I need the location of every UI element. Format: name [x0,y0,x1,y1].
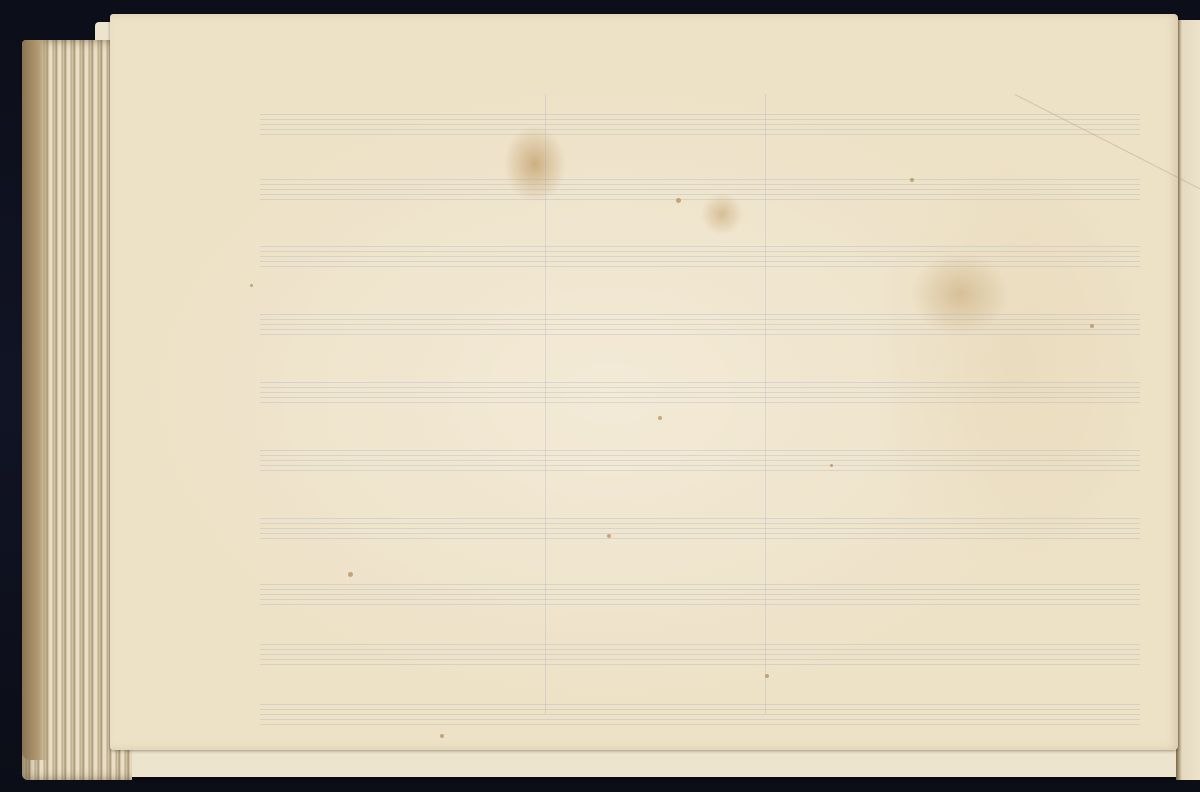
foxing-spot [1090,324,1094,328]
foxing-spot [676,198,681,203]
facing-page-edge [1176,20,1200,780]
music-staff [260,644,1140,666]
foxing-spot [348,572,353,577]
music-staff [260,450,1140,472]
music-staff [260,114,1140,136]
manuscript-page [110,14,1178,750]
book-edge-shadow [22,40,50,760]
music-staff [260,518,1140,540]
music-staff [260,584,1140,606]
music-staff [260,179,1140,201]
foxing-spot [607,534,611,538]
foxing-spot [830,464,833,467]
music-staff [260,246,1140,268]
bar-line [545,94,546,714]
foxing-spot [765,674,769,678]
foxing-spot [250,284,253,287]
foxing-spot [440,734,444,738]
music-staff [260,314,1140,336]
foxing-spot [910,178,914,182]
music-staff [260,382,1140,404]
music-staff [260,704,1140,726]
bar-line [765,94,766,714]
foxing-spot [658,416,662,420]
